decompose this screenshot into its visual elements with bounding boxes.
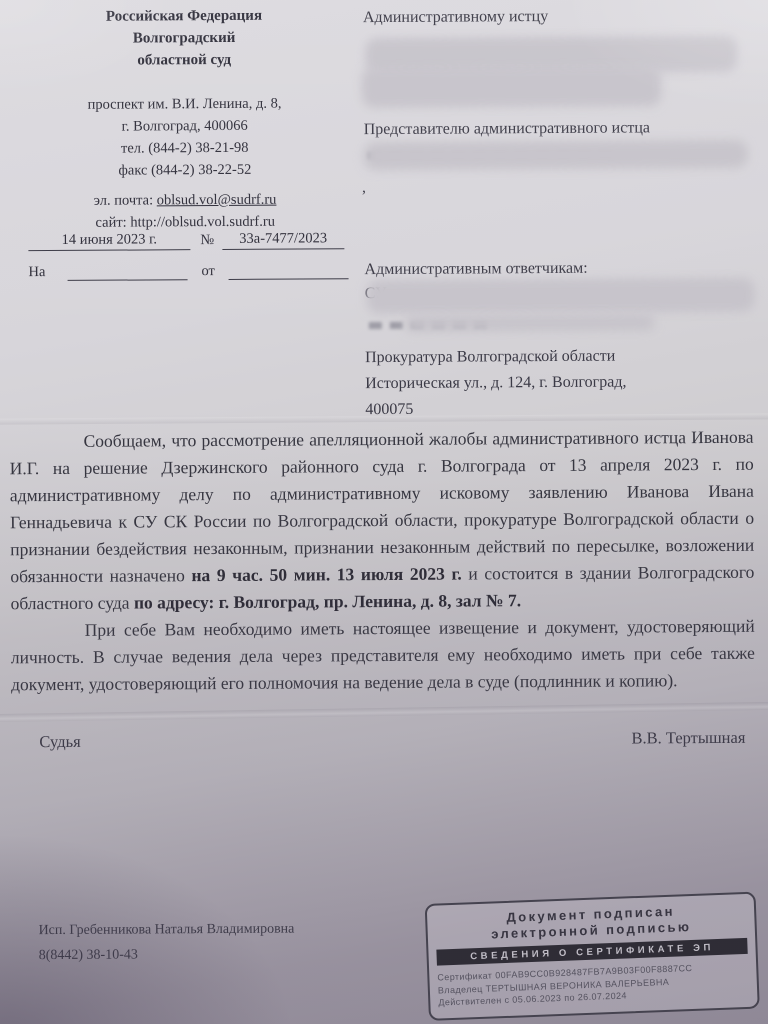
number-sign: № bbox=[200, 232, 214, 249]
addressees-column: Административному истцу Представителю ад… bbox=[363, 2, 759, 4]
body-paragraph-2: При себе Вам необходимо иметь настоящее … bbox=[11, 613, 755, 699]
redaction-blur bbox=[361, 66, 661, 108]
court-notice-sheet: Российская Федерация Волгоградский облас… bbox=[0, 0, 768, 1024]
judge-name: В.В. Тертышная bbox=[631, 728, 745, 749]
letterhead-address-line1: проспект им. В.И. Ленина, д. 8, bbox=[25, 92, 343, 116]
representative-label: Представителю административного истца bbox=[364, 116, 650, 142]
redaction-blur bbox=[405, 314, 655, 332]
letterhead-court-line2: областной суд bbox=[25, 48, 343, 72]
prosecutor-name: Прокуратура Волгоградской области bbox=[365, 345, 615, 371]
ot-label: от bbox=[201, 263, 215, 280]
executor-name: Исп. Гребенникова Наталья Владимировна bbox=[38, 917, 294, 944]
outgoing-date: 14 июня 2023 г. bbox=[28, 231, 190, 251]
reference-block: 14 июня 2023 г. № 33а-7477/2023 На от bbox=[28, 230, 358, 281]
executor-block: Исп. Гребенникова Наталья Владимировна 8… bbox=[38, 917, 294, 969]
email-address: oblsud.vol@sudrf.ru bbox=[157, 192, 277, 209]
prosecutor-address: Историческая ул., д. 124, г. Волгоград, bbox=[365, 371, 626, 397]
document-photo: Российская Федерация Волгоградский облас… bbox=[0, 0, 768, 1024]
letterhead-address-line2: г. Волгоград, 400066 bbox=[26, 114, 344, 138]
plaintiff-label: Административному истцу bbox=[363, 5, 548, 30]
hearing-address: по адресу: г. Волгоград, пр. Ленина, д. … bbox=[134, 590, 521, 612]
signature-row: Судья В.В. Тертышная bbox=[39, 728, 745, 752]
hearing-datetime: на 9 час. 50 мин. 13 июля 2023 г. bbox=[191, 564, 461, 586]
stamp-details: Сертификат 00FAB9CC0B928487FB7A9B03F00F8… bbox=[437, 960, 749, 1009]
na-label: На bbox=[28, 264, 45, 281]
e-signature-stamp: Документ подписан электронной подписью С… bbox=[425, 892, 760, 1021]
comma-fragment: , bbox=[362, 176, 366, 200]
judge-label: Судья bbox=[39, 732, 80, 752]
site-url: http://oblsud.vol.sudrf.ru bbox=[130, 214, 275, 231]
letterhead-email-line: эл. почта: oblsud.vol@sudrf.ru bbox=[26, 188, 344, 212]
blank-line bbox=[67, 262, 187, 281]
redaction-blur bbox=[364, 140, 748, 170]
prosecutor-postcode: 400075 bbox=[365, 398, 413, 422]
stamp-title: Документ подписан электронной подписью bbox=[435, 901, 747, 945]
letterhead-country: Российская Федерация bbox=[25, 4, 343, 28]
letterhead-phone: тел. (844-2) 38-21-98 bbox=[26, 136, 344, 160]
reference-row-blank: На от bbox=[28, 261, 358, 281]
letterhead-gap bbox=[25, 70, 343, 94]
site-label: сайт: bbox=[95, 215, 130, 231]
letterhead-fax: факс (844-2) 38-22-52 bbox=[26, 158, 344, 182]
email-label: эл. почта: bbox=[94, 192, 157, 208]
blank-line bbox=[229, 261, 349, 280]
reference-row-date: 14 июня 2023 г. № 33а-7477/2023 bbox=[28, 230, 358, 251]
body-paragraph-1: Сообщаем, что рассмотрение апелляционной… bbox=[9, 424, 754, 618]
letterhead-court-line1: Волгоградский bbox=[25, 26, 343, 50]
notice-body: Сообщаем, что рассмотрение апелляционной… bbox=[9, 424, 755, 699]
redaction-blur bbox=[367, 278, 755, 314]
case-number: 33а-7477/2023 bbox=[222, 230, 344, 250]
executor-phone: 8(8442) 38-10-43 bbox=[39, 942, 295, 969]
court-letterhead: Российская Федерация Волгоградский облас… bbox=[25, 4, 344, 234]
